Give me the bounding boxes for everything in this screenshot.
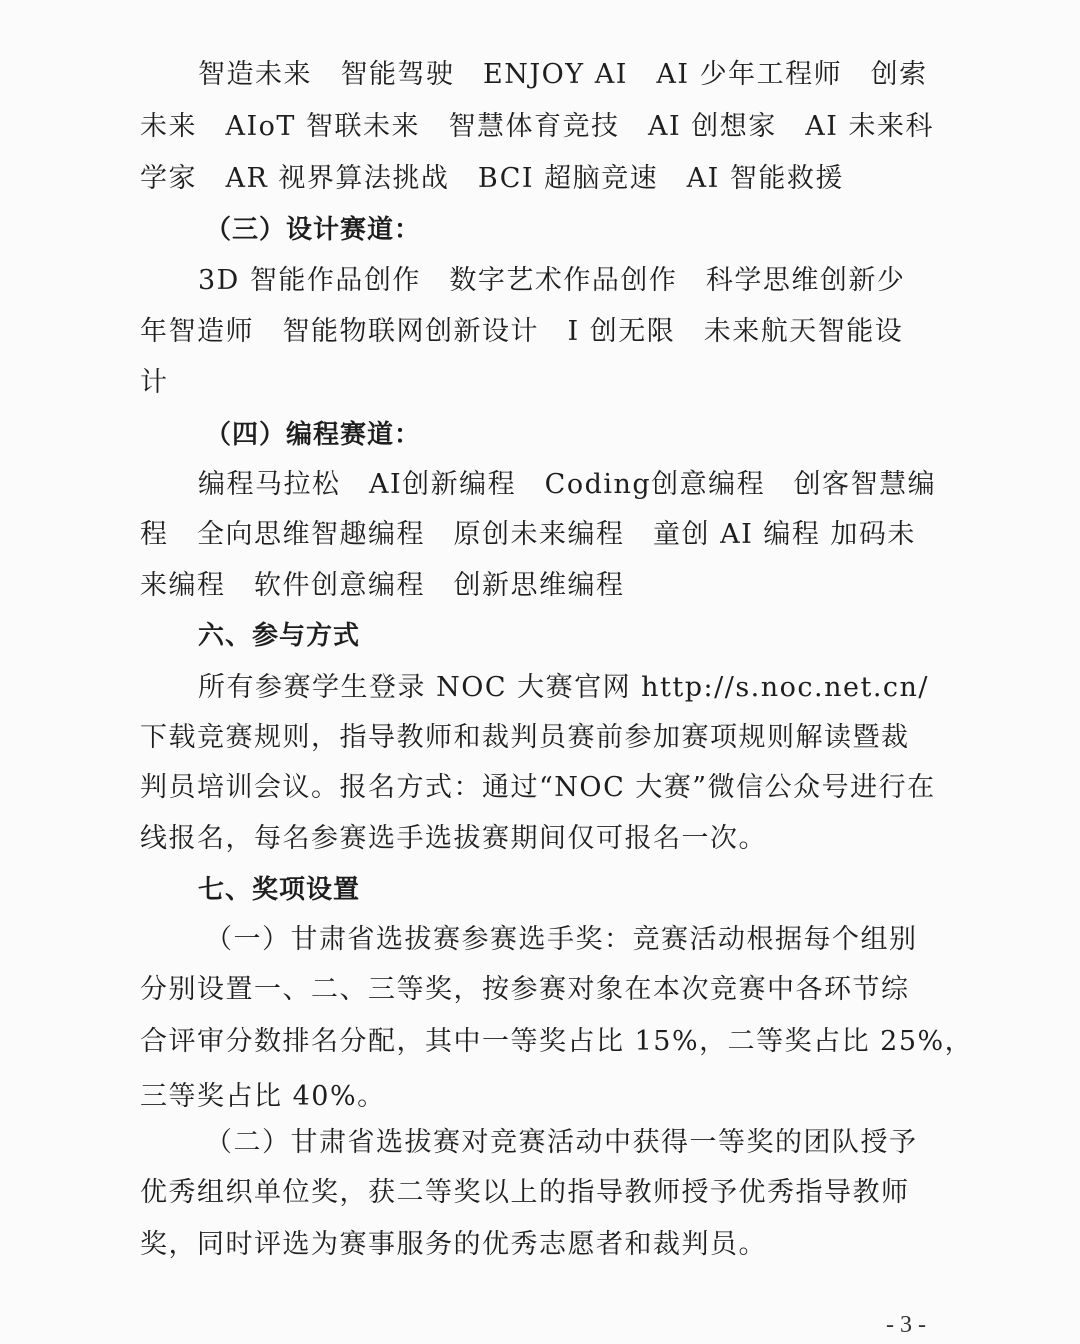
section-heading-participation: 六、参与方式 <box>198 616 930 656</box>
body-text-line: 线报名，每名参赛选手选拔赛期间仅可报名一次。 <box>140 819 930 859</box>
body-text-line: 奖，同时评选为赛事服务的优秀志愿者和裁判员。 <box>140 1225 930 1265</box>
body-text-line: 未来 AIoT 智联未来 智慧体育竞技 AI 创想家 AI 未来科 <box>140 107 930 147</box>
body-text-line-url: 所有参赛学生登录 NOC 大赛官网 http://s.noc.net.cn/ <box>198 668 930 708</box>
body-text-line: 分别设置一、二、三等奖，按参赛对象在本次竞赛中各环节综 <box>140 970 930 1010</box>
section-heading-design-track: （三）设计赛道： <box>205 210 995 250</box>
body-text-line: 程 全向思维智趣编程 原创未来编程 童创 AI 编程 加码未 <box>140 515 930 555</box>
body-text-line: （二）甘肃省选拔赛对竞赛活动中获得一等奖的团队授予 <box>205 1123 995 1163</box>
document-page: 智造未来 智能驾驶 ENJOY AI AI 少年工程师 创索 未来 AIoT 智… <box>0 0 1080 1344</box>
body-text-line: 下载竞赛规则，指导教师和裁判员赛前参加赛项规则解读暨裁 <box>140 718 930 758</box>
body-text-line: 年智造师 智能物联网创新设计 I 创无限 未来航天智能设 <box>140 312 930 352</box>
body-text-line: 来编程 软件创意编程 创新思维编程 <box>140 566 930 606</box>
body-text-line: 优秀组织单位奖，获二等奖以上的指导教师授予优秀指导教师 <box>140 1173 930 1213</box>
page-number: - 3 - <box>886 1310 926 1340</box>
section-heading-programming-track: （四）编程赛道： <box>205 415 995 455</box>
body-text-line: 3D 智能作品创作 数字艺术作品创作 科学思维创新少 <box>198 261 930 301</box>
body-text-line: 计 <box>140 363 930 403</box>
body-text-line: （一）甘肃省选拔赛参赛选手奖：竞赛活动根据每个组别 <box>205 920 995 960</box>
section-heading-awards: 七、奖项设置 <box>198 870 930 910</box>
body-text-line: 学家 AR 视界算法挑战 BCI 超脑竞速 AI 智能救援 <box>140 159 930 199</box>
body-text-line: 判员培训会议。报名方式：通过“NOC 大赛”微信公众号进行在 <box>140 768 930 808</box>
body-text-line: 智造未来 智能驾驶 ENJOY AI AI 少年工程师 创索 <box>198 55 930 95</box>
body-text-line: 三等奖占比 40%。 <box>140 1077 930 1117</box>
body-text-line: 合评审分数排名分配，其中一等奖占比 15%，二等奖占比 25%， <box>140 1022 930 1062</box>
body-text-line: 编程马拉松 AI创新编程 Coding创意编程 创客智慧编 <box>198 465 930 505</box>
